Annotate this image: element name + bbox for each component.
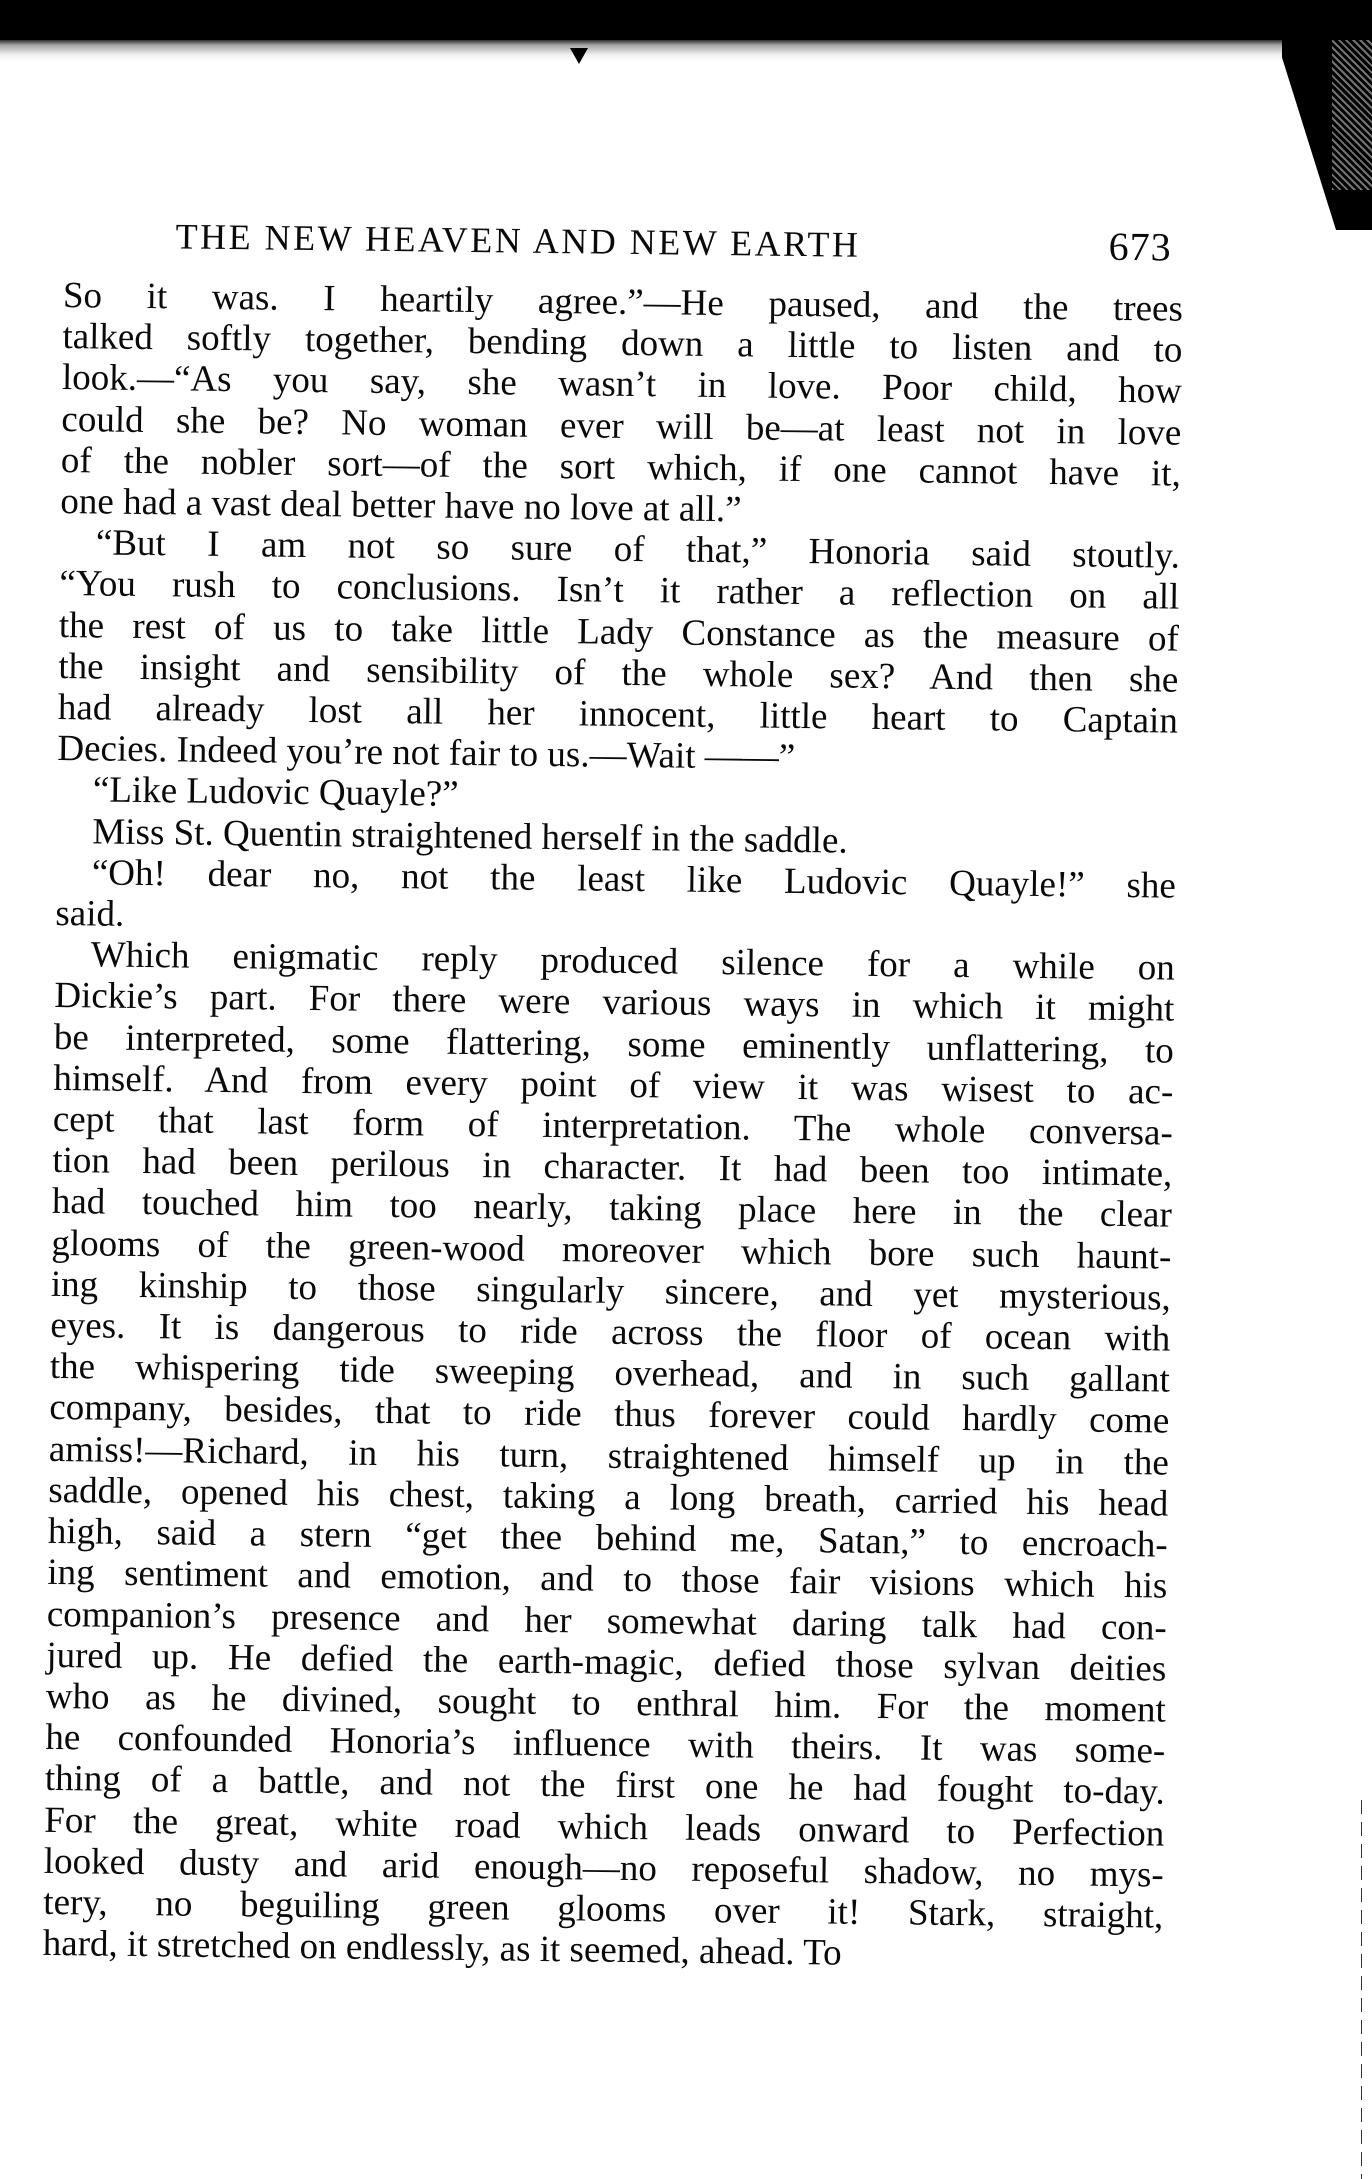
- scan-top-border: [0, 0, 1372, 40]
- book-page: THE NEW HEAVEN AND NEW EARTH 673 So it w…: [43, 210, 1184, 1978]
- body-text: So it was. I heartily agree.”—He paused,…: [43, 275, 1184, 1978]
- scan-top-shadow: [0, 38, 1372, 62]
- scan-right-margin-line: [1361, 1800, 1362, 2179]
- paragraph: “Oh! dear no, not the least like Ludovic…: [55, 852, 1176, 948]
- scan-binding-mark: [570, 48, 588, 64]
- paragraph: “But I am not so sure of that,” Honoria …: [57, 522, 1180, 783]
- paragraph: So it was. I heartily agree.”—He paused,…: [60, 275, 1183, 536]
- paragraph: Which enigmatic reply produced silence f…: [43, 934, 1176, 1978]
- running-title: THE NEW HEAVEN AND NEW EARTH: [175, 215, 860, 265]
- page-number: 673: [1108, 223, 1172, 271]
- scan-right-edge-noise: [1332, 40, 1372, 190]
- running-head: THE NEW HEAVEN AND NEW EARTH 673: [63, 210, 1183, 271]
